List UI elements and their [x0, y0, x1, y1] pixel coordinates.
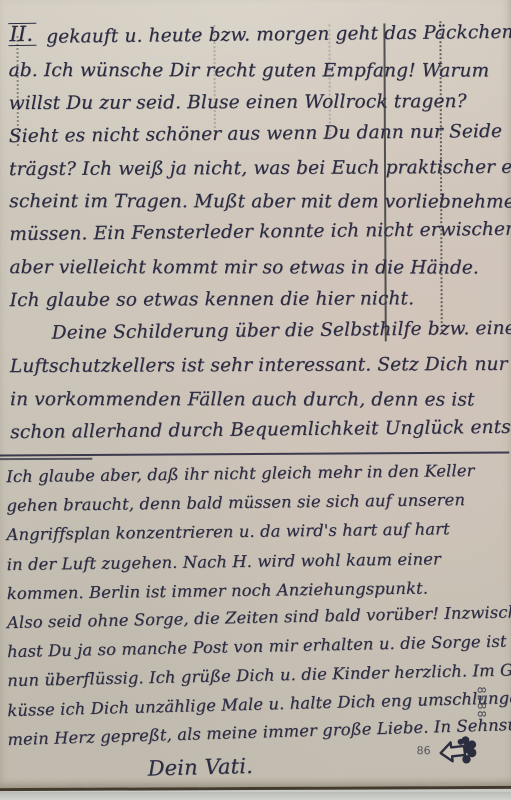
message-line: müssen. Ein Fensterleder konnte ich nich… [9, 214, 511, 252]
postcard-paper: II.gekauft u. heute bzw. morgen geht das… [0, 0, 511, 791]
message-line: Sieht es nicht schöner aus wenn Du dann … [9, 115, 511, 153]
message-lower-paragraph: Ich glaube aber, daß ihr nicht gleich me… [6, 460, 511, 754]
message-line: Luftschutzkellers ist sehr interessant. … [10, 349, 511, 384]
message-line: aber vielleicht kommt mir so etwas in di… [9, 252, 511, 285]
message-line: II.gekauft u. heute bzw. morgen geht das… [8, 17, 511, 55]
printed-serial-number-side: 8588 [475, 678, 488, 726]
scan-background: II.gekauft u. heute bzw. morgen geht das… [0, 0, 511, 800]
left-arrow-stamp-icon [436, 730, 482, 772]
message-line: willst Du zur seid. Bluse einen Wollrock… [9, 86, 511, 121]
message-line: ab. Ich wünsche Dir recht guten Empfang!… [9, 55, 511, 88]
message-line: trägst? Ich weiß ja nicht, was bei Euch … [9, 151, 511, 186]
printed-serial-number-corner: 86 [417, 744, 431, 757]
message-upper-paragraphs: II.gekauft u. heute bzw. morgen geht das… [8, 20, 511, 450]
message-line: Deine Schilderung über die Selbsthilfe b… [10, 313, 511, 351]
hand-drawn-divider-line-double [0, 458, 92, 460]
section-marker: II. [8, 23, 36, 46]
message-line: schon allerhand durch Bequemlichkeit Ung… [10, 411, 511, 449]
signature: Dein Vati. [147, 754, 253, 781]
scanner-edge-strip [0, 792, 511, 800]
message-text: gekauft u. heute bzw. morgen geht das Pä… [46, 22, 511, 48]
